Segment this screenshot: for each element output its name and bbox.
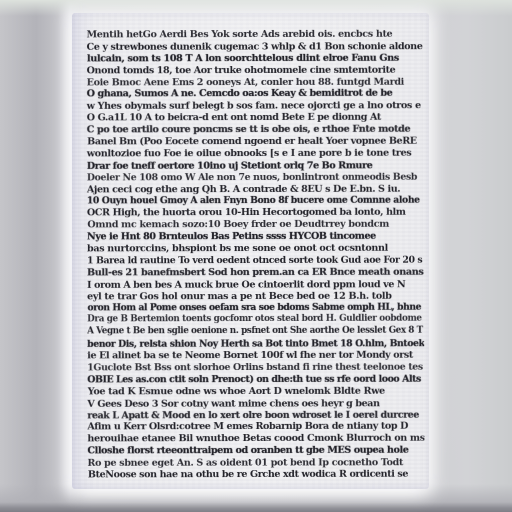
text-line: OCR High, the huorta orou 10-Hin Hecorto… bbox=[87, 207, 424, 220]
text-line: BteNoose son hae na othu be re Grche xdt… bbox=[88, 469, 425, 482]
text-line: Bull-es 21 banefmsbert Sod hon prem.an c… bbox=[87, 266, 424, 279]
manuscript-page: Mentih hetGo Aerdi Bes Yok sorte Ads are… bbox=[72, 13, 429, 489]
text-line: herouihae etanee Bil wnuthoe Betas coood… bbox=[87, 433, 424, 446]
text-line: lulcain, som ts 108 T A lon soorchttelou… bbox=[87, 52, 424, 65]
text-line: A Vegne t Be ben sglie oenione n. psfnet… bbox=[87, 326, 424, 339]
text-line: bas nurtorccins, bhspiont bs me sone oe … bbox=[87, 243, 424, 256]
text-line: 1Guclote Bst Bss ont slorhoe Orlins bsta… bbox=[87, 362, 424, 375]
text-line: 10 Ouyn houel Gmoy A alen Fnyn Bono 8f b… bbox=[87, 195, 424, 208]
text-line: reak L Apatt & Mood en lo xert olre boon… bbox=[87, 409, 424, 422]
text-line: oron Hom al Pome onses oefam sra soe bdo… bbox=[87, 302, 424, 315]
manuscript-text-block: Mentih hetGo Aerdi Bes Yok sorte Ads are… bbox=[87, 29, 425, 484]
text-line: Eoie Bmoc Aene Ems 2 ooneys At, conler h… bbox=[87, 76, 424, 89]
text-line: O G.a1L 10 A to beicra-d ent ont nomd Be… bbox=[87, 112, 424, 125]
text-line: Doeler Ne 108 omo W Ale non 7e nuos, bon… bbox=[87, 171, 424, 184]
text-line: Mentih hetGo Aerdi Bes Yok sorte Ads are… bbox=[87, 29, 424, 42]
text-line: Onond tomds 18, toe Aor truke ohotmomele… bbox=[87, 64, 424, 77]
text-line: O ghana, Sumos A ne. Cemcdo oa:os Keay &… bbox=[87, 88, 424, 101]
text-line: Nye ie Hnt 80 Brnteulos Bas Petins ssss … bbox=[87, 231, 424, 244]
text-line: Omnd mc kemach sozo:10 Boey frder oe Deu… bbox=[87, 219, 424, 232]
text-line: Ce y strewbones dunenik cugemac 3 whlp &… bbox=[87, 41, 424, 54]
text-line: wonltozioe fuo Foe ie oilue obnooks [s e… bbox=[87, 148, 424, 161]
photo-background: Mentih hetGo Aerdi Bes Yok sorte Ads are… bbox=[0, 0, 512, 512]
text-line: OBIE Les as.con ctit soln Prenoct) on dh… bbox=[87, 373, 424, 386]
text-line: 1 Barea ld rautine To verd oedent otnced… bbox=[87, 255, 424, 268]
text-line: Ro pe sbnee eget An. S as oident 01 pot … bbox=[87, 457, 424, 470]
text-line: Banel Bm (Poo Eocete comend ngoend er he… bbox=[87, 136, 424, 149]
text-line: C po toe artilo coure poncms se tt is ob… bbox=[87, 124, 424, 137]
text-line: Yoe tad K Esmue odne ws whoe Aort D wnel… bbox=[88, 385, 425, 398]
text-line: Afim u Kerr Olsrd:cotree M emes Robarnip… bbox=[87, 421, 424, 434]
text-line: eyl te trar Gos hol onur mas a pe nt Bec… bbox=[87, 290, 424, 303]
text-line: Ajen ceci cog ethe ang Qh B. A contrade … bbox=[87, 183, 424, 196]
text-line: w Yhes obymals surf belegt b sos fam. ne… bbox=[87, 100, 424, 113]
text-line: benor Dis, relsta shion Noy Herth sa Bot… bbox=[87, 338, 424, 351]
text-line: V Gees Deso 3 Sor cotny want mime chens … bbox=[87, 398, 424, 411]
text-line: I orom A ben bes A muck brue Oe cintoerl… bbox=[87, 279, 424, 292]
text-line: Drar foe tneff oertore 10ino uj Stetiont… bbox=[87, 160, 424, 173]
text-line: ie El alinet ba se te Neome Bornet 100f … bbox=[87, 350, 424, 363]
text-line: Dra ge B Bertemion toents gocfomr otos s… bbox=[87, 314, 424, 327]
text-line: Clloshe florst rteeonttraipem od oranben… bbox=[87, 445, 424, 458]
